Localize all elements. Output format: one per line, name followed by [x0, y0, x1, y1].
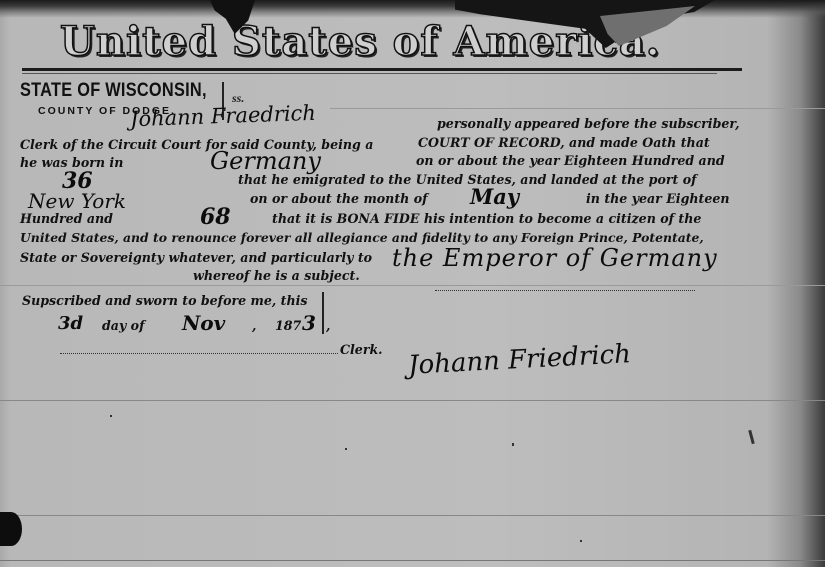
- clerk-signature-line: [60, 353, 338, 354]
- form-guide-line: [0, 285, 825, 286]
- title-rule-thin: [22, 73, 717, 74]
- arrival-month: May: [470, 184, 519, 209]
- form-guide-line: [0, 560, 825, 561]
- applicant-name: Johann Fraedrich: [130, 101, 317, 131]
- sworn-day: 3d: [58, 313, 83, 334]
- line-6-right: that it is BONA FIDE his intention to be…: [272, 211, 701, 226]
- line-2-right: COURT OF RECORD, and made Oath that: [418, 135, 710, 150]
- port-of-arrival: New York: [28, 189, 126, 213]
- sovereign-name: the Emperor of Germany: [392, 244, 718, 272]
- form-guide-line: [0, 400, 825, 401]
- document-scan: United States of America. STATE OF WISCO…: [0, 0, 825, 567]
- line-6-left: Hundred and: [20, 211, 113, 226]
- line-5-mid: on or about the month of: [250, 191, 428, 206]
- emigration-year: 68: [200, 204, 231, 230]
- line-1-right: personally appeared before the subscribe…: [437, 116, 740, 131]
- ink-blot: [0, 512, 22, 546]
- sworn-year-digit: 3: [302, 311, 316, 335]
- comma: ,: [252, 318, 256, 333]
- form-guide-line: [330, 108, 825, 109]
- line-8: State or Sovereignty whatever, and parti…: [20, 250, 372, 265]
- applicant-signature: Johann Friedrich: [407, 339, 631, 381]
- state-heading: STATE OF WISCONSIN,: [20, 80, 207, 102]
- line-5-right: in the year Eighteen: [586, 191, 730, 206]
- sworn-statement: Supscribed and sworn to before me, this: [22, 293, 307, 308]
- line-4-right: that he emigrated to the United States, …: [238, 172, 697, 187]
- sworn-brace: [322, 292, 324, 334]
- title-rule: [22, 68, 742, 71]
- line-7: United States, and to renounce forever a…: [20, 230, 704, 245]
- comma: ,: [326, 318, 330, 333]
- birth-country: Germany: [210, 147, 321, 175]
- scan-speck: [345, 448, 347, 450]
- line-3-right: on or about the year Eighteen Hundred an…: [416, 153, 725, 168]
- year-prefix: 187: [275, 318, 301, 333]
- line-9: whereof he is a subject.: [193, 268, 360, 283]
- sworn-month: Nov: [182, 311, 225, 335]
- day-of-label: day of: [102, 318, 145, 333]
- fill-in-dotted-line: [435, 290, 695, 291]
- clerk-label: Clerk.: [340, 342, 383, 357]
- scan-speck: [512, 443, 514, 446]
- scan-speck: [580, 540, 582, 542]
- scan-speck: [110, 415, 112, 417]
- scan-speck: [748, 430, 755, 444]
- form-guide-line: [0, 515, 825, 516]
